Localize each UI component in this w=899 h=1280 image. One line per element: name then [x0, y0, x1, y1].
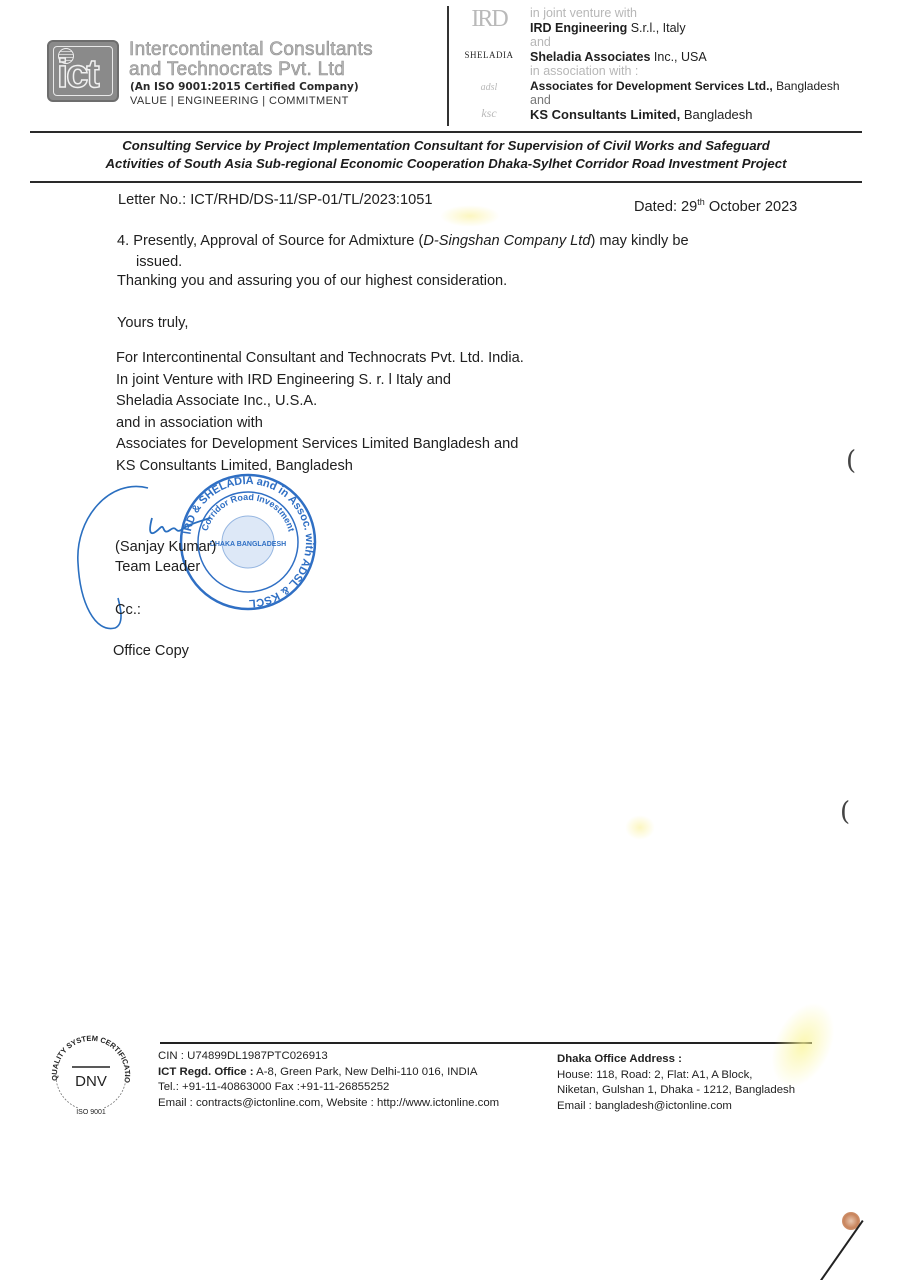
cc-label: Cc.:: [115, 600, 141, 621]
dhaka-office-info: Dhaka Office Address : House: 118, Road:…: [557, 1052, 795, 1114]
ict-logo-icon: ict: [47, 40, 119, 102]
partner-ird: IRD Engineering S.r.l., Italy: [530, 21, 840, 36]
email-website: Email : contracts@ictonline.com, Website…: [158, 1096, 499, 1112]
project-title: Consulting Service by Project Implementa…: [30, 137, 862, 173]
cin-number: CIN : U74899DL1987PTC026913: [158, 1049, 499, 1065]
svg-text:DHAKA BANGLADESH: DHAKA BANGLADESH: [210, 541, 286, 548]
partner-sheladia: Sheladia Associates Inc., USA: [530, 50, 840, 65]
svg-text:DNV: DNV: [75, 1073, 107, 1090]
dnv-iso-seal-icon: QUALITY SYSTEM CERTIFICATION DNV ISO 900…: [48, 1028, 134, 1118]
partner-ksc: KS Consultants Limited, Bangladesh: [530, 108, 840, 123]
signature-block: For Intercontinental Consultant and Tech…: [116, 348, 524, 477]
regd-office: ICT Regd. Office : A-8, Green Park, New …: [158, 1065, 499, 1081]
company-tagline: VALUE | ENGINEERING | COMMITMENT: [130, 95, 349, 107]
title-rule-bottom: [30, 181, 862, 183]
punch-hole-mark: (: [840, 797, 850, 827]
signatory-name: (Sanjay Kumar): [115, 537, 216, 558]
letter-date: Dated: 29th October 2023: [634, 192, 797, 218]
paragraph-4: 4. Presently, Approval of Source for Adm…: [117, 231, 787, 273]
ict-contact-info: CIN : U74899DL1987PTC026913 ICT Regd. Of…: [158, 1049, 499, 1111]
ird-logo-icon: IRD: [458, 6, 520, 33]
sheladia-logo-icon: SHELADIA: [458, 50, 520, 60]
closing: Yours truly,: [117, 313, 188, 334]
footer-rule: [160, 1042, 812, 1044]
stain-mark: [625, 815, 655, 840]
tel-fax: Tel.: +91-11-40863000 Fax :+91-11-268552…: [158, 1080, 499, 1096]
partner-adsl: Associates for Development Services Ltd.…: [530, 79, 840, 94]
punch-hole-mark: (: [846, 446, 856, 476]
thanks-line: Thanking you and assuring you of our hig…: [117, 271, 507, 292]
adsl-logo-icon: adsl: [458, 82, 520, 93]
iso-certification-line: (An ISO 9001:2015 Certified Company): [130, 81, 359, 93]
signatory-role: Team Leader: [115, 557, 200, 578]
ksc-logo-icon: ksc: [458, 106, 520, 121]
company-name: Intercontinental Consultants and Technoc…: [129, 40, 373, 80]
svg-text:ISO 9001: ISO 9001: [76, 1109, 106, 1116]
letter-number: Letter No.: ICT/RHD/DS-11/SP-01/TL/2023:…: [118, 190, 432, 211]
stain-mark: [440, 205, 500, 227]
title-rule-top: [30, 131, 862, 133]
header-divider: [447, 6, 449, 126]
page-edge-line: [816, 1220, 864, 1280]
cc-office-copy: Office Copy: [113, 641, 189, 662]
partner-list: in joint venture with IRD Engineering S.…: [530, 6, 840, 122]
